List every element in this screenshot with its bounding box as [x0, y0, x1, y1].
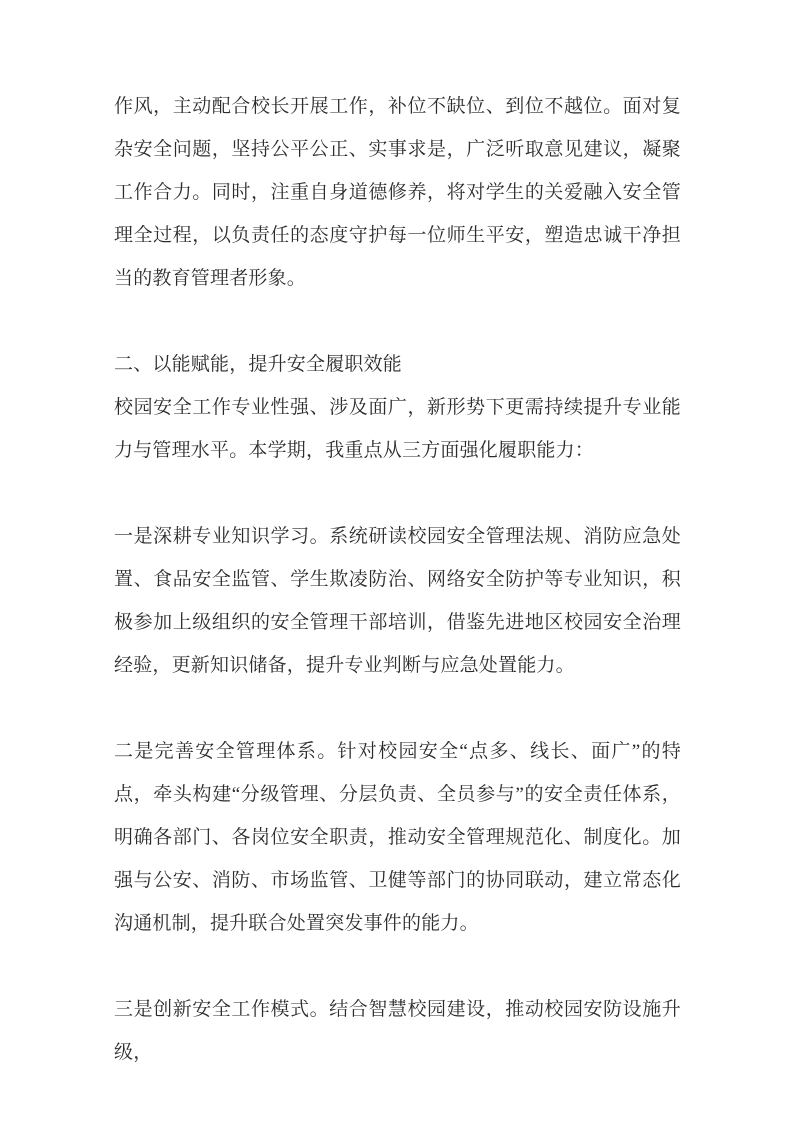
paragraph-point-3-partial: 三是创新安全工作模式。结合智慧校园建设，推动校园安防设施升级，	[114, 988, 681, 1074]
paragraph-point-2: 二是完善安全管理体系。针对校园安全“点多、线长、面广”的特点，牵头构建“分级管理…	[114, 730, 681, 945]
document-body: 作风，主动配合校长开展工作，补位不缺位、到位不越位。面对复杂安全问题，坚持公平公…	[114, 85, 681, 1074]
document-page: 作风，主动配合校长开展工作，补位不缺位、到位不越位。面对复杂安全问题，坚持公平公…	[0, 0, 793, 1122]
paragraph-point-1: 一是深耕专业知识学习。系统研读校园安全管理法规、消防应急处置、食品安全监管、学生…	[114, 515, 681, 687]
section-heading-2: 二、以能赋能，提升安全履职效能	[114, 343, 681, 386]
paragraph-continuation: 作风，主动配合校长开展工作，补位不缺位、到位不越位。面对复杂安全问题，坚持公平公…	[114, 85, 681, 300]
paragraph-section-intro: 校园安全工作专业性强、涉及面广，新形势下更需持续提升专业能力与管理水平。本学期，…	[114, 386, 681, 472]
